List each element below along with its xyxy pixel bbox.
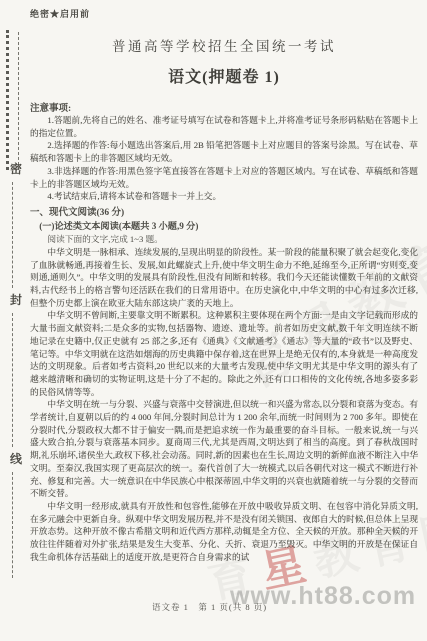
notice-heading: 注意事项: (30, 100, 418, 114)
passage-paragraph-2: 中华文明不曾间断,主要靠文明不断累积。这种累积主要体现在两个方面:一是由文字记载… (30, 309, 418, 398)
passage-paragraph-1: 中华文明是一脉相承、连续发展的,呈现出明显的阶段性。某一阶段的能量积聚了就会起变… (30, 246, 418, 310)
seal-char-feng: 封 (7, 291, 25, 308)
passage-paragraph-4: 中华文明一经形成,就具有开放性和包容性,能够在开放中吸收异质文明、在包容中消化异… (30, 500, 418, 564)
binding-dotted-line (6, 30, 9, 170)
passage-paragraph-3: 中华文明在统一与分裂、兴盛与衰落中交替演进,但以统一和兴盛为常态,以分裂和衰落为… (30, 398, 418, 500)
seal-dashed-segment (12, 313, 13, 447)
seal-dashed-line-top (18, 32, 19, 170)
seal-char-mi: 密 (7, 160, 25, 177)
notice-item-4: 4.考试结束后,请将本试卷和答题卡一并上交。 (30, 190, 418, 203)
subsection-title-argumentative-text: (一)论述类文本阅读(本题共 3 小题,9 分) (39, 220, 418, 233)
seal-dashed-segment (12, 472, 13, 578)
notice-item-1: 1.答题前,先将自己的姓名、准考证号填写在试卷和答题卡上,并将准考证号条形码粘贴… (30, 114, 418, 139)
exam-title: 普通高等学校招生全国统一考试 (30, 35, 418, 55)
seal-dashed-segment (12, 182, 13, 288)
classification-label: 绝密★启用前 (30, 7, 418, 20)
paper-subject-title: 语文(押题卷 1) (30, 64, 418, 87)
seal-char-xian: 线 (7, 450, 25, 467)
page-content: 绝密★启用前 普通高等学校招生全国统一考试 语文(押题卷 1) 注意事项: 1.… (30, 7, 418, 564)
website-watermark: www.ht88.com (230, 582, 416, 611)
exam-paper-page: 密 封 线 育星教育网 育星教育网 绝密★启用前 普通高等学校招生全国统一考试 … (0, 0, 427, 641)
section-title-modern-reading: 一、现代文阅读(36 分) (30, 207, 418, 220)
reading-instruction: 阅读下面的文字,完成 1~3 题。 (30, 233, 418, 246)
notice-item-2: 2.选择题的作答:每小题选出答案后,用 2B 铅笔把答题卡上对应题目的答案号涂黑… (30, 139, 418, 164)
notice-item-3: 3.非选择题的作答:用黑色签字笔直接答在答题卡上对应的答题区域内。写在试卷、草稿… (30, 165, 418, 190)
